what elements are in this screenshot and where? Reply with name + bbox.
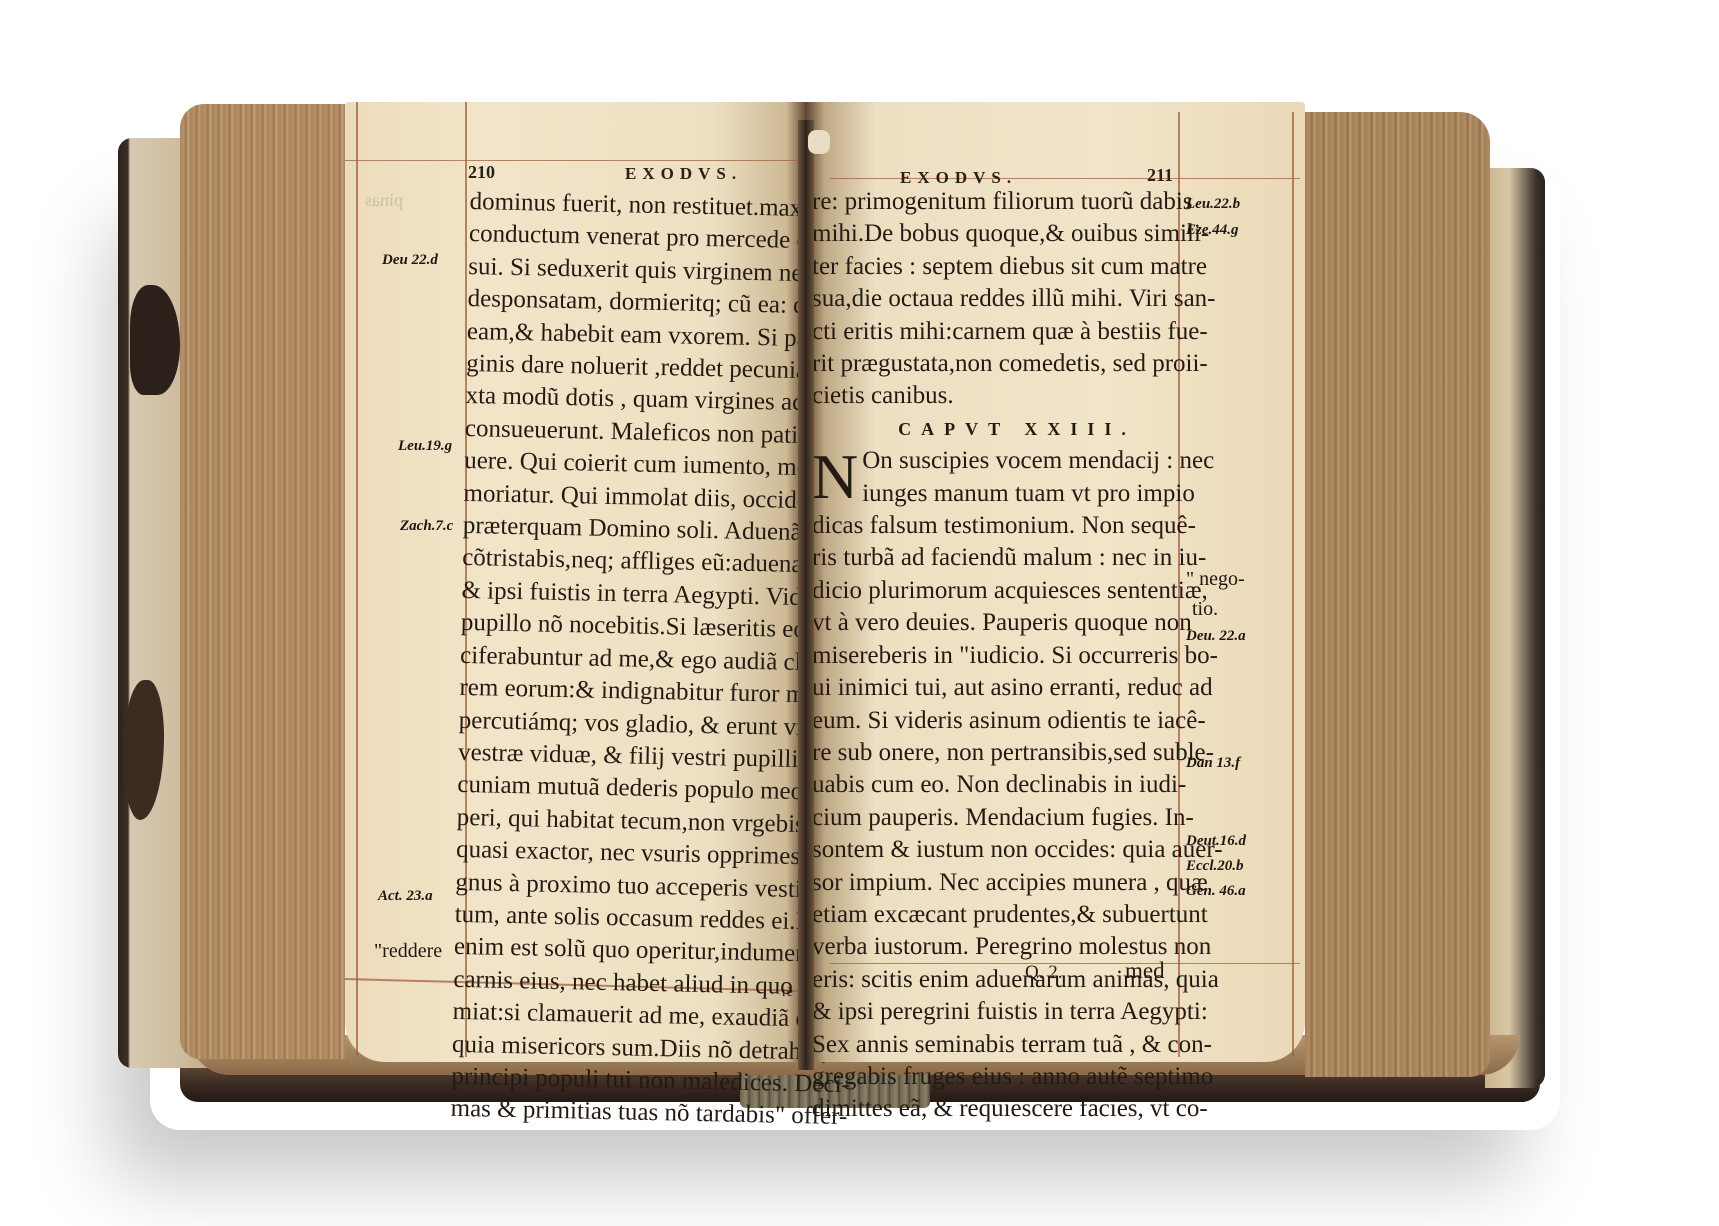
text-line: sontem & iustum non occides: quia auer- <box>812 834 1182 866</box>
text-line: sua,die octaua reddes illũ mihi. Viri sa… <box>812 283 1182 315</box>
margin-rule <box>356 102 358 1057</box>
page-number-right: 211 <box>1147 165 1173 186</box>
running-head-right: EXODVS. <box>900 168 1017 188</box>
margin-note: Deu. 22.a <box>1186 628 1246 645</box>
text-line: mihi.De bobus quoque,& ouibus simili- <box>812 218 1182 250</box>
text-line: cti eritis mihi:carnem quæ à bestiis fue… <box>812 316 1182 348</box>
catchword-fragment: rē <box>782 985 793 1001</box>
margin-note: Gen. 46.a <box>1186 883 1246 900</box>
margin-note: Eccl.20.b <box>1186 858 1244 875</box>
text-line: dicas falsum testimonium. Non sequê- <box>812 510 1182 542</box>
drop-cap-initial: N <box>812 449 858 505</box>
margin-note: Leu.19.g <box>398 438 452 455</box>
catchword: med <box>1125 958 1165 984</box>
text-line: mas & primitias tuas nõ tardabis" offer- <box>450 1093 781 1132</box>
margin-note: tio. <box>1192 598 1218 621</box>
margin-note: Deut.16.d <box>1186 833 1246 850</box>
margin-note: "reddere <box>374 940 442 963</box>
page-number-left: 210 <box>468 162 495 183</box>
text-line: re sub onere, non pertransibis,sed suble… <box>812 737 1182 769</box>
bookmark-ribbon <box>808 130 830 154</box>
margin-rule <box>1292 112 1294 1057</box>
open-book: pinas 210 EXODVS. dominus fuerit, non re… <box>0 0 1719 1226</box>
text-line: dimittes eã, & requiescere facies, vt co… <box>812 1093 1182 1125</box>
right-page-body-text: re: primogenitum filiorum tuorũ dabis mi… <box>812 186 1182 1126</box>
text-line: vt à vero deuies. Pauperis quoque non <box>812 607 1182 639</box>
margin-note: Eze.44.g <box>1186 222 1239 239</box>
text-line: iunges manum tuam vt pro impio <box>812 478 1182 510</box>
text-line: eum. Si videris asinum odientis te iacê- <box>812 705 1182 737</box>
text-line: On suscipies vocem mendacij : nec <box>812 445 1182 477</box>
text-line: cium pauperis. Mendacium fugies. In- <box>812 802 1182 834</box>
margin-note: " nego- <box>1186 568 1245 591</box>
back-cover <box>1485 168 1545 1088</box>
margin-note: Deu 22.d <box>382 252 438 269</box>
text-line: & ipsi peregrini fuistis in terra Aegypt… <box>812 996 1182 1028</box>
left-page-body-text: dominus fuerit, non restituet.maxime con… <box>450 186 800 1132</box>
margin-note: Zach.7.c <box>400 518 453 535</box>
signature-mark: Q. 2. <box>1025 962 1062 984</box>
text-line: ris turbã ad faciendũ malum : nec in iu- <box>812 542 1182 574</box>
text-line: cietis canibus. <box>812 380 1182 412</box>
margin-note: Act. 23.a <box>378 888 433 905</box>
page-block-right-edge <box>1305 112 1490 1077</box>
head-rule <box>345 160 800 161</box>
text-line: dicio plurimorum acquiesces sententiæ, <box>812 575 1182 607</box>
text-line: sor impium. Nec accipies munera , quæ <box>812 867 1182 899</box>
book-gutter <box>798 120 814 1070</box>
text-line: Sex annis seminabis terram tuã , & con- <box>812 1029 1182 1061</box>
text-line: ui inimici tui, aut asino erranti, reduc… <box>812 672 1182 704</box>
text-line: misereberis in "iudicio. Si occurreris b… <box>812 640 1182 672</box>
text-line: etiam excæcant prudentes,& subuertunt <box>812 899 1182 931</box>
show-through-text: pinas <box>365 190 403 211</box>
text-line: uabis cum eo. Non declinabis in iudi- <box>812 769 1182 801</box>
text-line: re: primogenitum filiorum tuorũ dabis <box>812 186 1182 218</box>
text-line: ter facies : septem diebus sit cum matre <box>812 251 1182 283</box>
page-block-left-edge <box>180 104 345 1059</box>
margin-note: Dan 13.f <box>1186 755 1240 772</box>
running-head-left: EXODVS. <box>625 164 742 184</box>
text-line: gregabis fruges eius : anno autẽ septimo <box>812 1061 1182 1093</box>
chapter-heading: CAPVT XXIII. <box>812 413 1182 445</box>
text-line: rit prægustata,non comedetis, sed proii- <box>812 348 1182 380</box>
margin-note: Leu.22.b <box>1186 196 1240 213</box>
